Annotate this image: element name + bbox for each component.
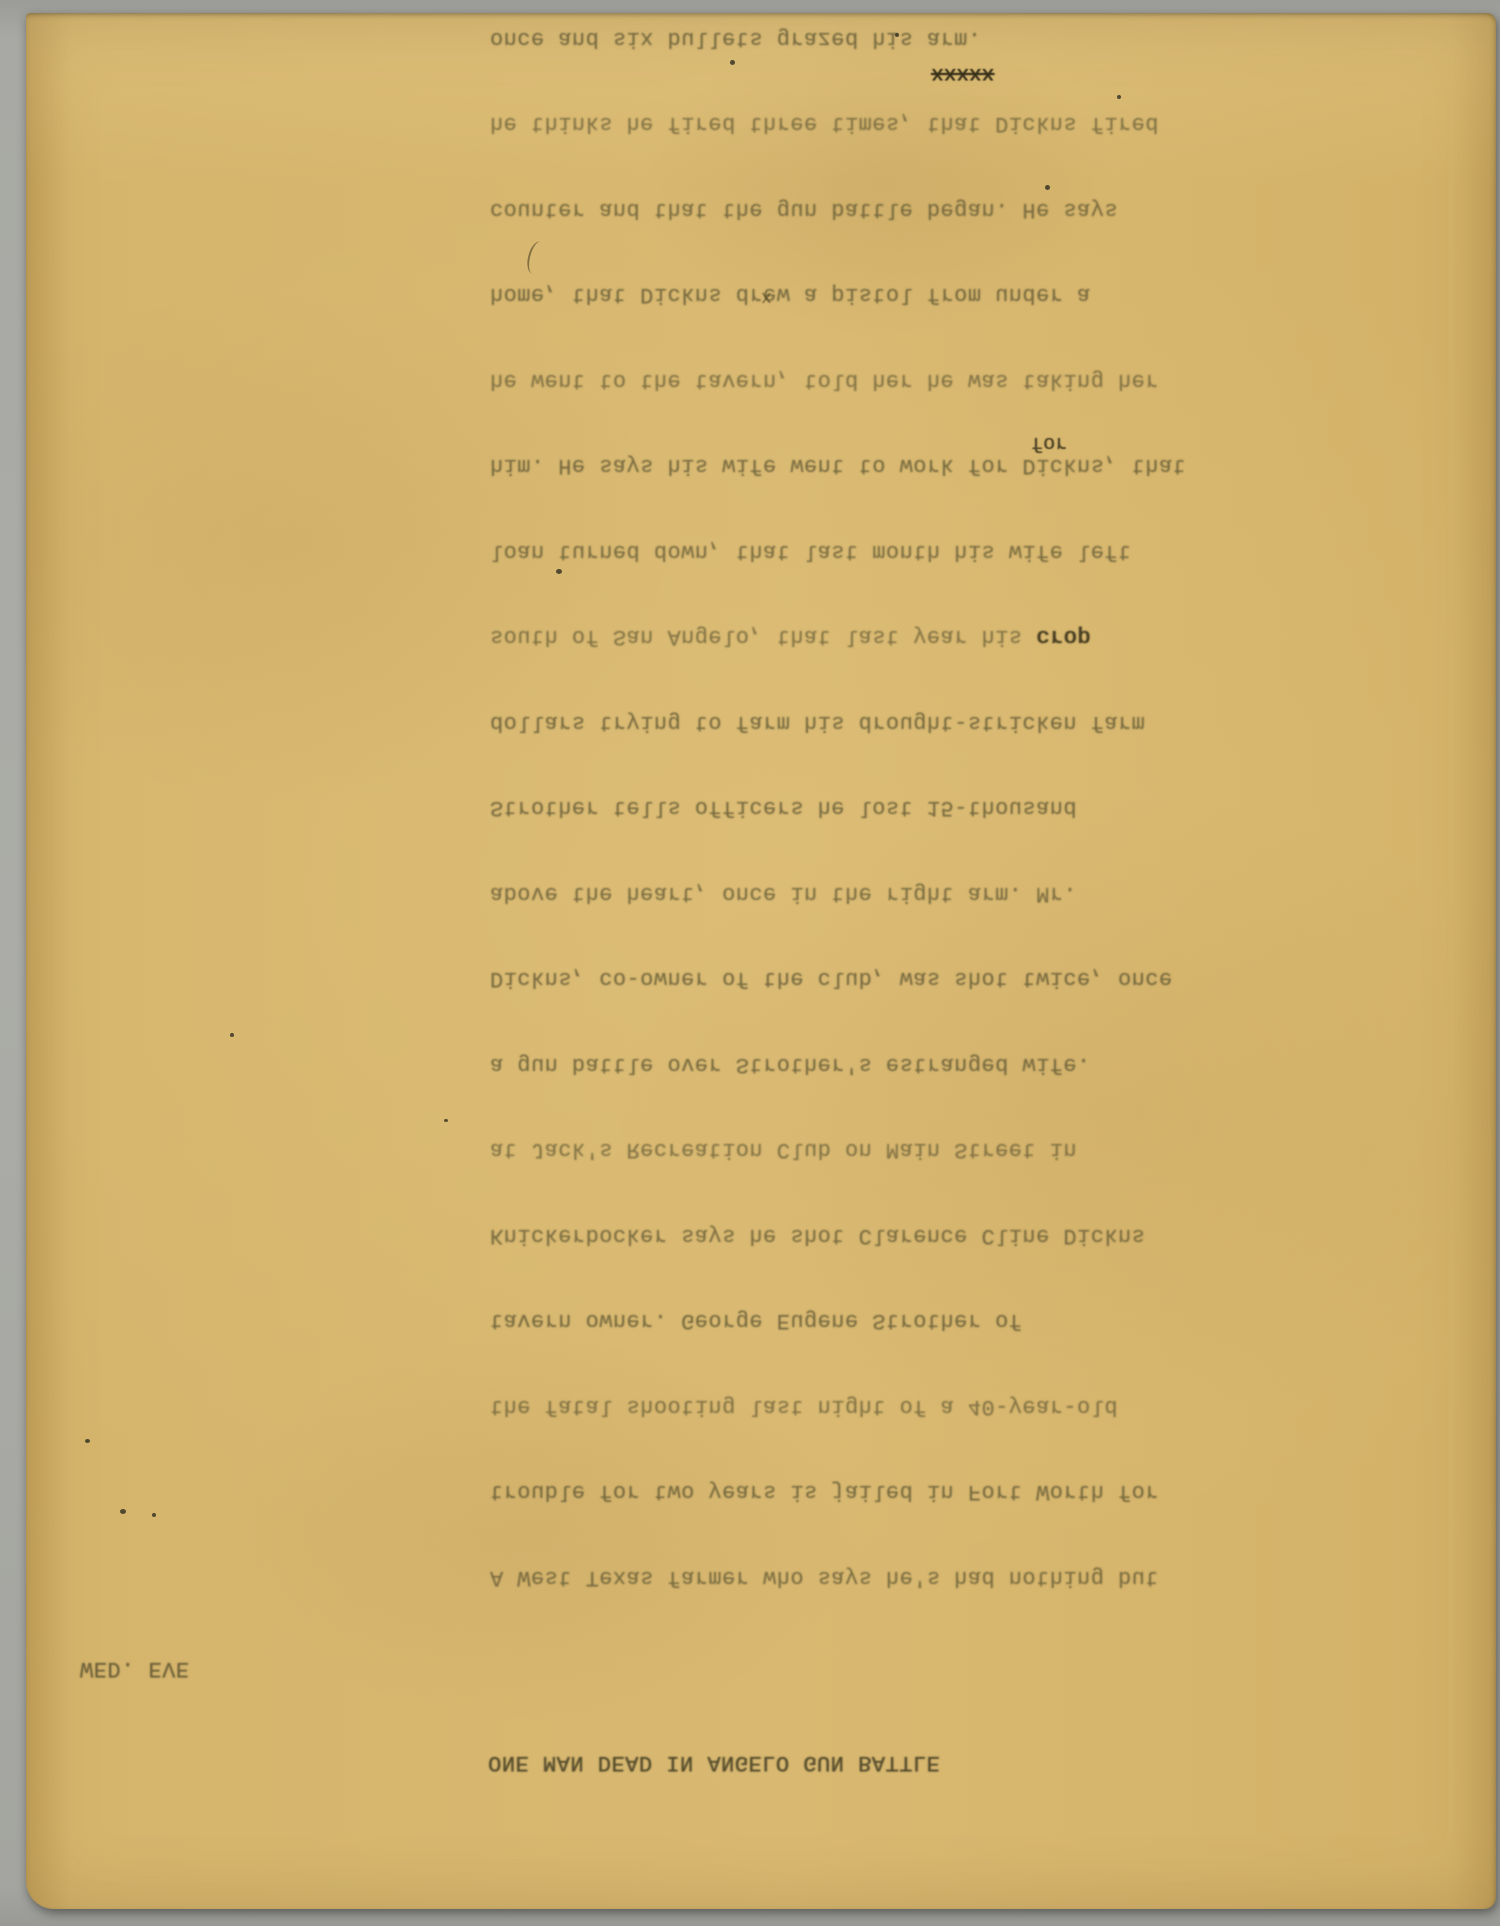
script-line: south of San Angelo, that last year his …: [490, 623, 1091, 651]
ink-speck: [1117, 95, 1121, 99]
script-line: Strother tells officers he lost 15-thous…: [490, 794, 1077, 822]
script-line: Dickns, co-owner of the club, was shot t…: [490, 965, 1173, 993]
script-line: above the heart, once in the right arm. …: [490, 879, 1077, 907]
script-line: a gun battle over Strother's estranged w…: [490, 1050, 1091, 1078]
ink-speck: [1045, 185, 1050, 190]
overstruck-word: crop: [1036, 625, 1091, 650]
ink-speck: [85, 1439, 90, 1443]
script-line: the fatal shooting last night of a 40-ye…: [490, 1392, 1118, 1420]
ink-speck: [120, 1509, 126, 1514]
script-line: once and six bullets grazed his arm.: [490, 24, 981, 52]
script-line: counter and that the gun battle began. H…: [490, 195, 1118, 223]
stray-correction-mark: x: [761, 287, 772, 307]
script-line: loan turned down, that last month his wi…: [490, 537, 1132, 565]
script-line: he went to the tavern, told her he was t…: [490, 366, 1159, 394]
ink-speck: [895, 33, 899, 37]
script-line: tavern owner. George Eugene Strother of: [490, 1307, 1022, 1335]
ink-speck: [152, 1513, 156, 1517]
dateline-wed-eve: WED. EVE: [80, 1656, 190, 1681]
script-line: he thinks he fired three times, that Dic…: [490, 110, 1159, 138]
story-slug-line: ONE MAN DEAD IN ANGELO GUN BATTLE: [488, 1750, 940, 1775]
ink-speck: [730, 60, 735, 65]
script-line: him. He says his wife went to work for D…: [490, 452, 1186, 480]
script-line: A West Texas farmer who says he's had no…: [490, 1563, 1159, 1591]
scanned-paper-sheet: ONE MAN DEAD IN ANGELO GUN BATTLE WED. E…: [26, 13, 1496, 1909]
ink-speck: [444, 1119, 448, 1122]
struck-out-word: xxxxx: [931, 62, 994, 85]
script-line: Knickerbocker says he shot Clarence Clin…: [490, 1221, 1145, 1249]
typed-insertion-for: for: [1031, 431, 1067, 454]
script-line: at Jack's Recreation Club on Main Street…: [490, 1136, 1077, 1164]
ink-speck: [556, 569, 562, 574]
bleed-through-text-layer: ONE MAN DEAD IN ANGELO GUN BATTLE WED. E…: [26, 13, 1496, 1909]
script-line: home, that Dickns drew a pistol from und…: [490, 281, 1091, 309]
script-line: trouble for two years is jailed in Fort …: [490, 1478, 1159, 1506]
ink-speck: [230, 1033, 234, 1037]
script-line: dollars trying to farm his drought-stric…: [490, 708, 1145, 736]
